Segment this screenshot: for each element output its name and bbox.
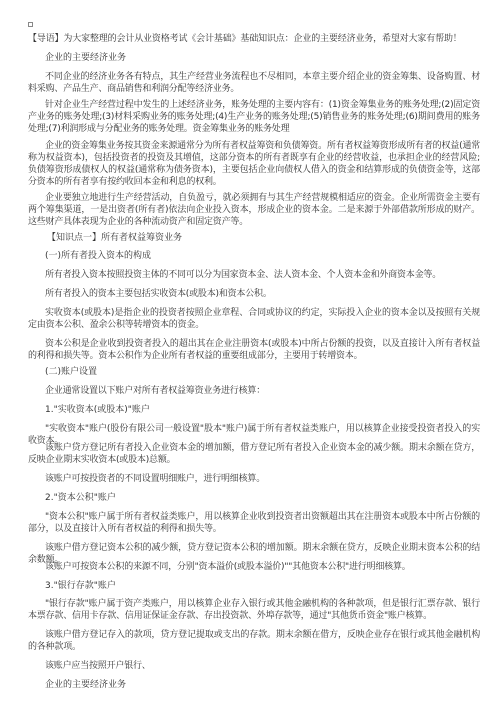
account3-heading: 3."银行存款"账户 [45,580,116,592]
section2-heading: (二)账户设置 [45,366,97,378]
account3-p3: 该账户应当按照开户银行、 [28,660,480,672]
section2-intro: 企业通常设置以下账户对所有者权益筹资业务进行核算： [28,385,480,397]
account3-p1: "银行存款"账户属于资产类账户，用以核算企业存入银行或其他金融机构的各种款项，但… [28,598,480,622]
account2-heading: 2."资本公积"账户 [45,492,116,504]
paragraph-2: 针对企业生产经营过程中发生的上述经济业务，账务处理的主要内容有：(1)资金筹集业… [28,99,480,135]
footer-title: 企业的主要经济业务 [45,679,126,691]
account1-p2: 该账户贷方登记所有者投入企业资本金的增加额，借方登记所有者投入企业资本金的减少额… [28,442,480,466]
document-page: 【导语】为大家整理的会计从业资格考试《会计基础》基础知识点：企业的主要经济业务，… [0,0,504,713]
section1-heading: (一)所有者投入资本的构成 [45,250,151,262]
paragraph-1: 不同企业的经济业务各有特点，其生产经营业务流程也不尽相同，本章主要介绍企业的资金… [28,71,480,95]
paragraph-3: 企业的资金筹集业务按其资金来源通常分为所有者权益筹资和负债筹资。所有者权益筹资形… [28,140,480,188]
intro-text: 【导语】为大家整理的会计从业资格考试《会计基础》基础知识点：企业的主要经济业务，… [28,33,478,45]
page-marker-icon [28,22,33,27]
account1-p3: 该账户可按投资者的不同设置明细账户，进行明细核算。 [28,473,480,485]
document-title: 企业的主要经济业务 [45,52,126,64]
account2-p3: 该账户可按资本公积的来源不同，分别"资本溢价(或股本溢价)""其他资本公积"进行… [28,561,480,573]
account2-p1: "资本公积"账户属于所有者权益类账户，用以核算企业收到投资者出资额超出其在注册资… [28,511,480,535]
account3-p2: 该账户借方登记存入的款项，贷方登记提取或支出的存款。期末余额在借方，反映企业存在… [28,629,480,653]
section1-p1: 所有者投入资本按照投资主体的不同可以分为国家资本金、法人资本金、个人资本金和外商… [28,269,480,281]
account1-heading: 1."实收资本(或股本)"账户 [45,404,150,416]
knowledge-point-heading: 【知识点一】所有者权益筹资业务 [47,232,182,244]
paragraph-4: 企业要独立地进行生产经营活动，自负盈亏，就必须拥有与其生产经营规模相适应的资金。… [28,192,480,228]
section1-p3: 实收资本(或股本)是指企业的投资者按照企业章程、合同或协议的约定，实际投入企业的… [28,307,480,331]
section1-p2: 所有者投入的资本主要包括实收资本(或股本)和资本公积。 [28,288,480,300]
section1-p4: 资本公积是企业收到投资者投入的超出其在企业注册资本(或股本)中所占份额的投资，以… [28,338,480,362]
